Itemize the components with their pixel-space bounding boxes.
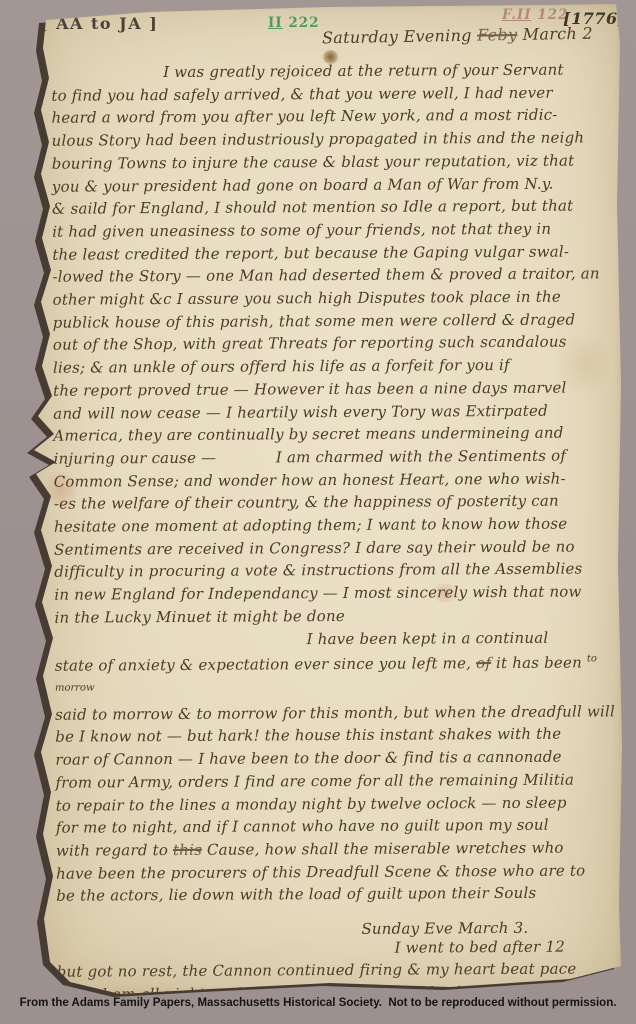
manuscript-line: be the actors, lie down with the load of… (56, 882, 616, 908)
manuscript-line: to find you had safely arrived, & that y… (51, 81, 611, 107)
manuscript-line: the report proved true — However it has … (53, 376, 613, 402)
manuscript-line: you & your president had gone on board a… (52, 172, 612, 198)
letter-body: I was greatly rejoiced at the return of … (51, 58, 617, 1006)
manuscript-line: to repair to the lines a monday night by… (56, 791, 616, 817)
manuscript-line: I was greatly rejoiced at the return of … (51, 58, 611, 84)
manuscript-line: I went to bed after 12 (56, 935, 616, 961)
manuscript-line: roar of Cannon — I have been to the door… (55, 745, 615, 771)
manuscript-line: other might &c I assure you such high Di… (53, 285, 613, 311)
manuscript-line: America, they are continually by secret … (53, 422, 613, 448)
manuscript-line: and will now cease — I heartily wish eve… (53, 399, 613, 425)
mount-background: [ AA to JA ] II 222 F.II 122 [1776] Satu… (0, 0, 636, 1024)
manuscript-line: difficulty in procuring a vote & instruc… (54, 558, 614, 584)
manuscript-line: bouring Towns to injure the cause & blas… (52, 149, 612, 175)
dateline: Saturday Evening Feby March 2 (322, 24, 593, 48)
manuscript-line: the least credited the report, but becau… (52, 240, 612, 266)
manuscript-line: -lowed the Story — one Man had deserted … (52, 263, 612, 289)
manuscript-line: hesitate one moment at adopting them; I … (54, 512, 614, 538)
stamp-number: 222 (288, 15, 319, 31)
dateline-prefix: Saturday Evening (322, 26, 472, 48)
manuscript-line: have been the procurers of this Dreadful… (56, 859, 616, 885)
manuscript-line: heard a word from you after you left New… (51, 104, 611, 130)
manuscript-line: ulous Story had been industriously propa… (52, 126, 612, 152)
stamp-roman-numeral: II (268, 15, 283, 31)
manuscript-line: in the Lucky Minuet it might be done (54, 603, 614, 629)
manuscript-line: Sentiments are received in Congress? I d… (54, 535, 614, 561)
bottom-caption: From the Adams Family Papers, Massachuse… (0, 997, 636, 1009)
manuscript-line: with regard to this Cause, how shall the… (56, 836, 616, 862)
manuscript-line: for me to night, and if I cannot who hav… (56, 813, 616, 839)
manuscript-line: & saild for England, I should not mentio… (52, 195, 612, 221)
manuscript-line: Common Sense; and wonder how an honest H… (54, 467, 614, 493)
attribution-annotation: [ AA to JA ] (40, 14, 158, 33)
manuscript-line: I have been kept in a continual (55, 626, 615, 652)
dateline-date: March 2 (523, 24, 594, 44)
manuscript-line: from our Army, orders I find are come fo… (55, 768, 615, 794)
archival-stamp: II 222 (268, 15, 320, 31)
manuscript-line: be I know not — but hark! the house this… (55, 723, 615, 749)
manuscript-line: out of the Shop, with great Threats for … (53, 331, 613, 357)
manuscript-line: state of anxiety & expectation ever sinc… (55, 649, 615, 704)
catalog-code: F.II (502, 7, 532, 23)
letter-page: [ AA to JA ] II 222 F.II 122 [1776] Satu… (30, 4, 622, 995)
manuscript-line: said to morrow & to morrow for this mont… (55, 700, 615, 726)
catalog-annotation: F.II 122 (502, 7, 568, 23)
manuscript-line: -es the welfare of their country, & the … (54, 490, 614, 516)
manuscript-line: in new England for Independancy — I most… (54, 580, 614, 606)
manuscript-line: it had given uneasiness to some of your … (52, 217, 612, 243)
manuscript-line: injuring our cause — I am charmed with t… (53, 444, 613, 470)
manuscript-line: lies; & an unkle of ours offerd his life… (53, 353, 613, 379)
manuscript-line: but got no rest, the Cannon continued fi… (57, 958, 617, 984)
manuscript-line: publick house of this parish, that some … (53, 308, 613, 334)
dateline-struck-word: Feby (477, 25, 518, 45)
